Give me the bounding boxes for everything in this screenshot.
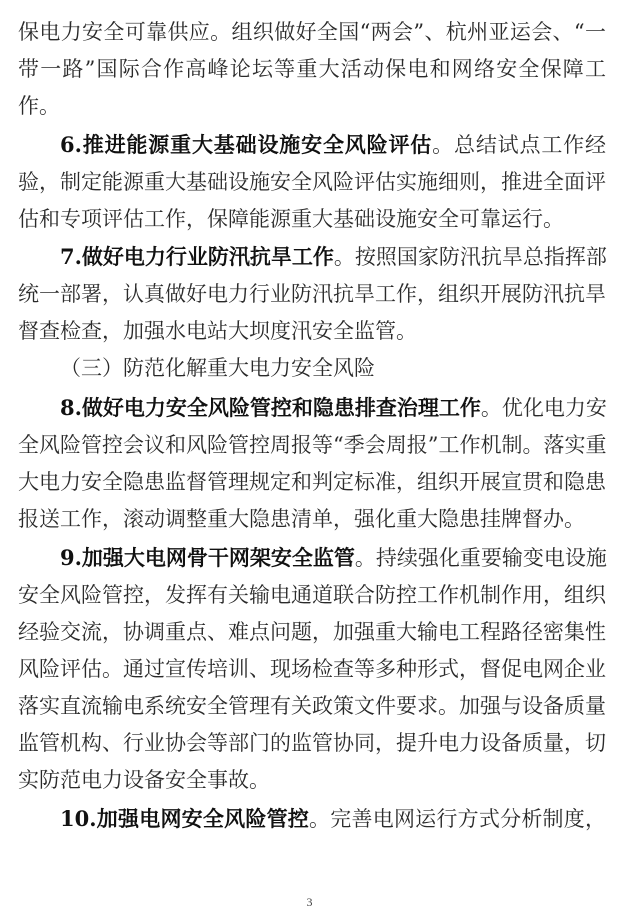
line-text: 。完善电网运行方式分析制度，	[309, 807, 606, 831]
text-line: 报送工作，滚动调整重大隐患清单，强化重大隐患挂牌督办。	[18, 504, 606, 534]
section-heading: （三）防范化解重大电力安全风险	[60, 353, 606, 383]
line-text: 督查检查，加强水电站大坝度汛安全监管。	[18, 319, 417, 343]
line-text: 。总结试点工作经	[432, 133, 606, 157]
item-heading: 8.做好电力安全风险管控和隐患排查治理工作	[60, 395, 481, 420]
text-line: 作。	[18, 91, 606, 121]
text-line: 监管机构、行业协会等部门的监管协同，提升电力设备质量，切	[18, 728, 606, 758]
line-text: 估和专项评估工作，保障能源重大基础设施安全可靠运行。	[18, 207, 564, 231]
item-heading-line: 10.加强电网安全风险管控。完善电网运行方式分析制度，	[60, 804, 606, 834]
line-text: 风险评估。通过宣传培训、现场检查等多种形式，督促电网企业	[18, 657, 606, 681]
text-line: 大电力安全隐患监督管理规定和判定标准，组织开展宣贯和隐患	[18, 467, 606, 497]
text-line: 风险评估。通过宣传培训、现场检查等多种形式，督促电网企业	[18, 654, 606, 684]
text-line: 督查检查，加强水电站大坝度汛安全监管。	[18, 316, 606, 346]
text-line: 实防范电力设备安全事故。	[18, 765, 606, 795]
document-page: 保电力安全可靠供应。组织做好全国“两会”、杭州亚运会、“一 带一路”国际合作高峰…	[0, 0, 619, 921]
item-heading: 7.做好电力行业防汛抗旱工作	[60, 244, 334, 269]
line-text: 。持续强化重要输变电设施	[355, 546, 607, 570]
item-heading: 6.推进能源重大基础设施安全风险评估	[60, 132, 432, 157]
line-text: 带一路”国际合作高峰论坛等重大活动保电和网络安全保障工	[18, 57, 606, 81]
text-line: 经验交流，协调重点、难点问题，加强重大输电工程路径密集性	[18, 617, 606, 647]
line-text: 大电力安全隐患监督管理规定和判定标准，组织开展宣贯和隐患	[18, 470, 606, 494]
text-line: 验，制定能源重大基础设施安全风险评估实施细则，推进全面评	[18, 167, 606, 197]
text-line: 全风险管控会议和风险管控周报等“季会周报”工作机制。落实重	[18, 430, 606, 460]
line-text: 验，制定能源重大基础设施安全风险评估实施细则，推进全面评	[18, 170, 606, 194]
line-text: 保电力安全可靠供应。组织做好全国“两会”、杭州亚运会、“一	[18, 20, 606, 44]
line-text: 。优化电力安	[481, 396, 607, 420]
item-heading: 9.加强大电网骨干网架安全监管	[60, 545, 355, 570]
item-heading-line: 8.做好电力安全风险管控和隐患排查治理工作。优化电力安	[60, 393, 606, 423]
line-text: 实防范电力设备安全事故。	[18, 768, 270, 792]
item-heading-line: 7.做好电力行业防汛抗旱工作。按照国家防汛抗旱总指挥部	[60, 242, 606, 272]
text-line: 估和专项评估工作，保障能源重大基础设施安全可靠运行。	[18, 204, 606, 234]
item-heading-line: 9.加强大电网骨干网架安全监管。持续强化重要输变电设施	[60, 543, 606, 573]
line-text: 安全风险管控，发挥有关输电通道联合防控工作机制作用，组织	[18, 583, 606, 607]
page-number: 3	[0, 895, 619, 910]
item-heading-line: 6.推进能源重大基础设施安全风险评估。总结试点工作经	[60, 130, 606, 160]
line-text: 作。	[18, 94, 60, 118]
text-line: 带一路”国际合作高峰论坛等重大活动保电和网络安全保障工	[18, 54, 606, 84]
line-text: 落实直流输电系统安全管理有关政策文件要求。加强与设备质量	[18, 694, 606, 718]
text-line: 保电力安全可靠供应。组织做好全国“两会”、杭州亚运会、“一	[18, 17, 606, 47]
line-text: 全风险管控会议和风险管控周报等“季会周报”工作机制。落实重	[18, 433, 606, 457]
line-text: 统一部署，认真做好电力行业防汛抗旱工作，组织开展防汛抗旱	[18, 282, 606, 306]
section-heading-text: （三）防范化解重大电力安全风险	[60, 356, 375, 380]
line-text: 监管机构、行业协会等部门的监管协同，提升电力设备质量，切	[18, 731, 606, 755]
line-text: 经验交流，协调重点、难点问题，加强重大输电工程路径密集性	[18, 620, 606, 644]
text-line: 安全风险管控，发挥有关输电通道联合防控工作机制作用，组织	[18, 580, 606, 610]
text-line: 统一部署，认真做好电力行业防汛抗旱工作，组织开展防汛抗旱	[18, 279, 606, 309]
text-line: 落实直流输电系统安全管理有关政策文件要求。加强与设备质量	[18, 691, 606, 721]
line-text: 报送工作，滚动调整重大隐患清单，强化重大隐患挂牌督办。	[18, 507, 585, 531]
item-heading: 10.加强电网安全风险管控	[60, 806, 309, 831]
line-text: 。按照国家防汛抗旱总指挥部	[334, 245, 607, 269]
